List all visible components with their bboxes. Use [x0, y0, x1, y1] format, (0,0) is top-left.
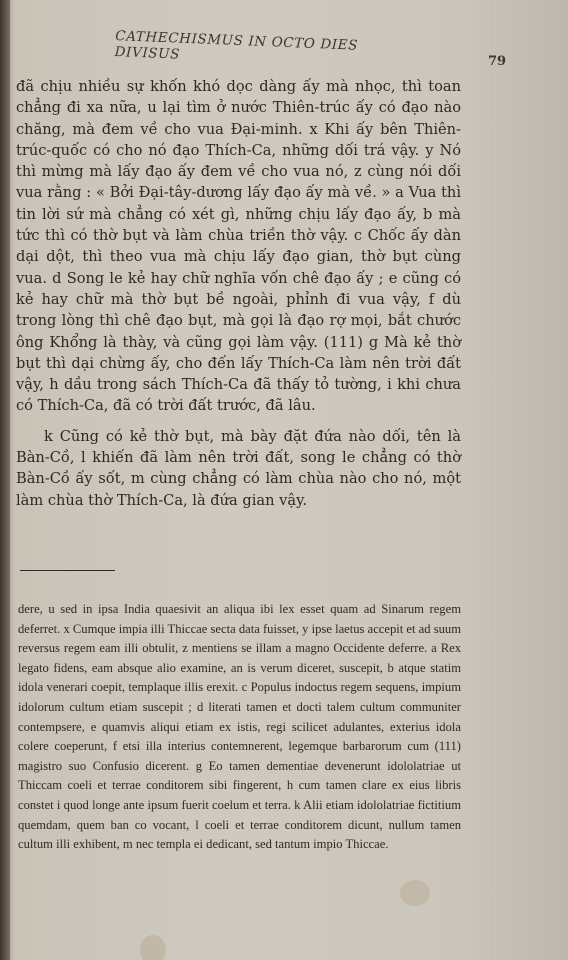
page-number: 79 [488, 54, 506, 69]
running-head: CATHECHISMUS IN OCTO DIES DIVISUS [114, 28, 415, 72]
paragraph-2: k Cũng có kẻ thờ bụt, mà bày đặt đứa nào… [16, 426, 461, 511]
paper-stain [140, 935, 166, 960]
paper-stain [400, 880, 430, 906]
main-text: đã chịu nhiều sự khốn khó dọc dàng ấy mà… [16, 76, 461, 511]
footnote-text: dere, u sed in ipsa India quaesivit an a… [18, 600, 461, 855]
latin-footnotes: dere, u sed in ipsa India quaesivit an a… [18, 600, 461, 855]
footnote-divider [20, 570, 115, 571]
paragraph-1: đã chịu nhiều sự khốn khó dọc dàng ấy mà… [16, 76, 461, 417]
book-spine-shadow [0, 0, 10, 960]
